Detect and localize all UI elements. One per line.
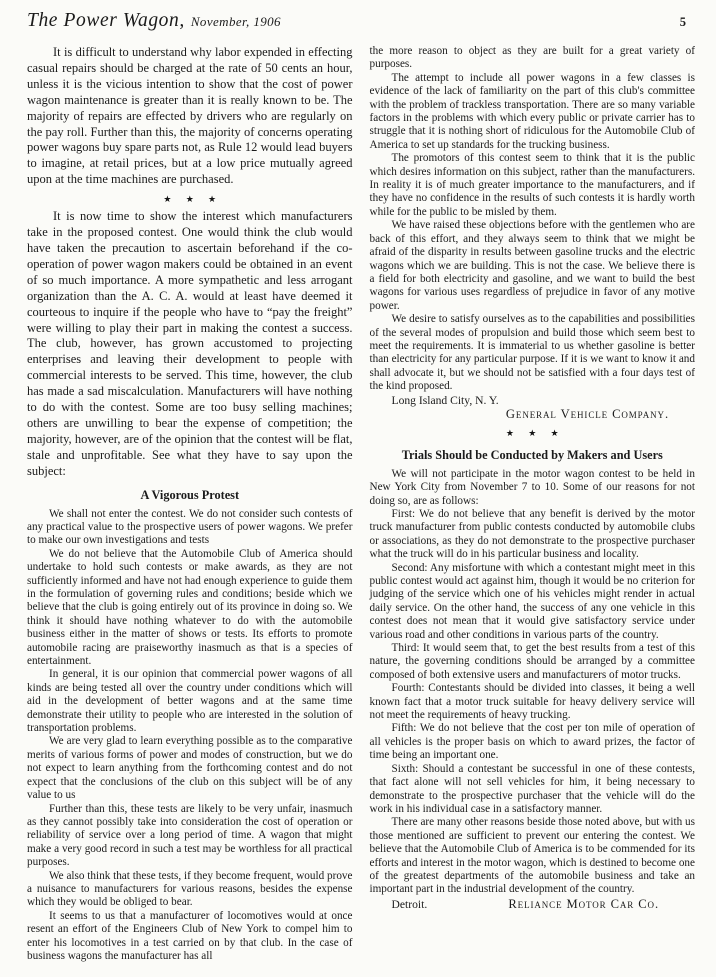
letter-paragraph: There are many other reasons beside thos… [370,816,696,896]
journal-title: The Power Wagon, [27,10,185,32]
letter-paragraph: Further than this, these tests are likel… [27,803,353,870]
letter-paragraph: It seems to us that a manufacturer of lo… [27,910,353,964]
two-column-body: It is difficult to understand why labor … [27,45,695,963]
editorial-paragraph: It is now time to show the interest whic… [27,209,353,479]
letter-paragraph: Fifth: We do not believe that the cost p… [370,722,696,762]
left-column: It is difficult to understand why labor … [27,45,353,963]
stars-separator: ★ ★ ★ [370,426,696,440]
letter-paragraph: We shall not enter the contest. We do no… [27,508,353,548]
editorial-paragraph: It is difficult to understand why labor … [27,45,353,188]
stars-separator: ★ ★ ★ [27,192,353,206]
letter-paragraph-continuation: the more reason to object as they are bu… [370,45,696,72]
signoff-row: Detroit. Reliance Motor Car Co. [370,898,696,912]
signature-reliance-motor-car: Reliance Motor Car Co. [508,898,659,912]
signoff-place: Detroit. [392,898,428,912]
letter-paragraph: The promotors of this contest seem to th… [370,152,696,219]
magazine-page: The Power Wagon, November, 1906 5 It is … [0,0,716,977]
letter-paragraph: First: We do not believe that any benefi… [370,508,696,562]
letter-paragraph: Sixth: Should a contestant be successful… [370,763,696,817]
section-heading-trials: Trials Should be Conducted by Makers and… [370,448,696,462]
place-line: Long Island City, N. Y. [370,394,696,408]
page-header: The Power Wagon, November, 1906 5 [27,10,686,32]
right-column: the more reason to object as they are bu… [370,45,696,963]
masthead-title-group: The Power Wagon, November, 1906 [27,10,281,32]
page-number: 5 [680,15,686,30]
letter-paragraph: We are very glad to learn everything pos… [27,735,353,802]
letter-paragraph: We will not participate in the motor wag… [370,468,696,508]
signature-general-vehicle-company: General Vehicle Company. [370,407,696,421]
section-heading-vigorous-protest: A Vigorous Protest [27,488,353,502]
letter-paragraph: Fourth: Contestants should be divided in… [370,682,696,722]
letter-paragraph: We do not believe that the Automobile Cl… [27,548,353,669]
letter-paragraph: The attempt to include all power wagons … [370,72,696,152]
letter-paragraph: In general, it is our opinion that comme… [27,668,353,735]
letter-paragraph: Second: Any misfortune with which a cont… [370,562,696,642]
letter-paragraph: We also think that these tests, if they … [27,870,353,910]
issue-date: November, 1906 [191,14,281,30]
letter-paragraph: We have raised these objections before w… [370,219,696,313]
letter-paragraph: We desire to satisfy ourselves as to the… [370,313,696,393]
letter-paragraph: Third: It would seem that, to get the be… [370,642,696,682]
